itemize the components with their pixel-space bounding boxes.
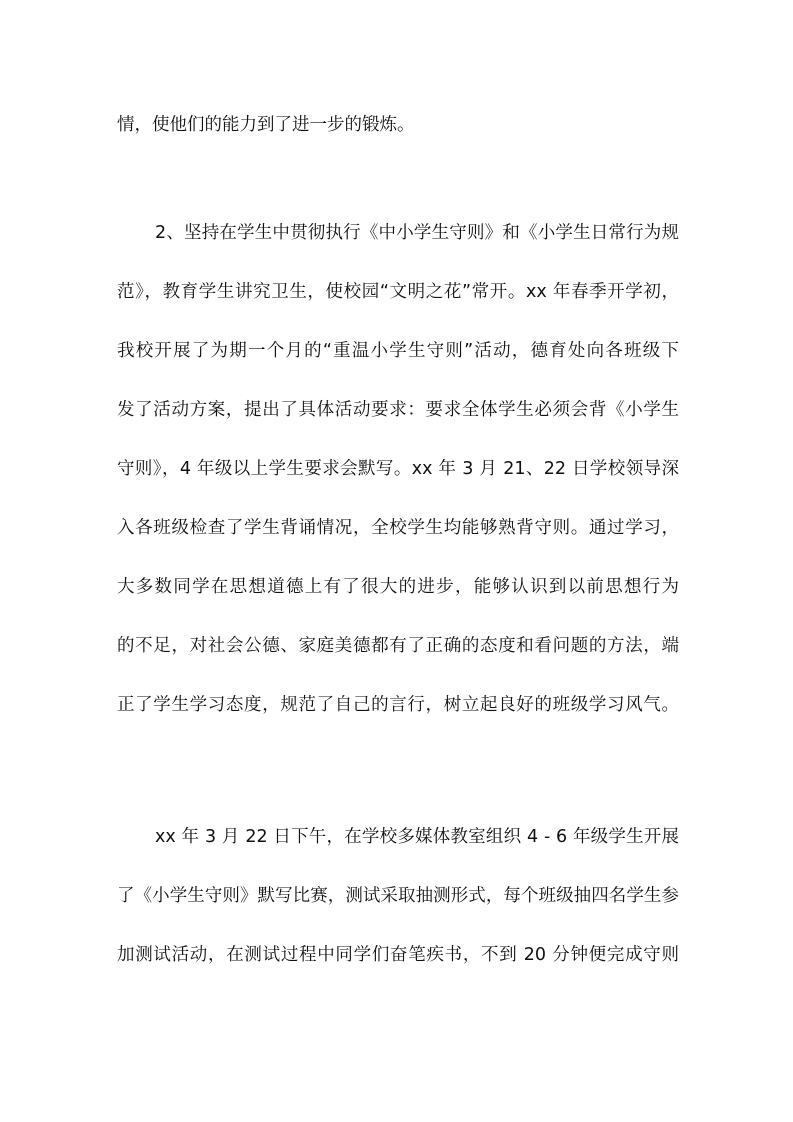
text-line: 2、坚持在学生中贯彻执行《中小学生守则》和《小学生日常行为规 [155,221,679,245]
text-line: 发了活动方案，提出了具体活动要求：要求全体学生必须会背《小学生 [117,398,679,422]
text-line: 范》，教育学生讲究卫生，使校园“文明之花”常开。xx 年春季开学初， [117,280,679,304]
text-line: 入各班级检查了学生背诵情况，全校学生均能够熟背守则。通过学习， [117,516,679,540]
text-line: 正了学生学习态度，规范了自己的言行，树立起良好的班级学习风气。 [117,693,679,717]
text-line: 大多数同学在思想道德上有了很大的进步，能够认识到以前思想行为 [117,575,679,599]
text-line: 的不足，对社会公德、家庭美德都有了正确的态度和看问题的方法，端 [117,634,679,658]
text-line: 守则》，4 年级以上学生要求会默写。xx 年 3 月 21、22 日学校领导深 [117,457,679,481]
text-line: 加测试活动，在测试过程中同学们奋笔疾书，不到 20 分钟便完成守则 [117,943,679,967]
text-line: 我校开展了为期一个月的“重温小学生守则”活动，德育处向各班级下 [117,339,679,363]
text-line: 情，使他们的能力到了进一步的锻炼。 [117,113,679,137]
text-line: xx 年 3 月 22 日下午，在学校多媒体教室组织 4 - 6 年级学生开展 [155,825,679,849]
text-line: 了《小学生守则》默写比赛，测试采取抽测形式，每个班级抽四名学生参 [117,884,679,908]
